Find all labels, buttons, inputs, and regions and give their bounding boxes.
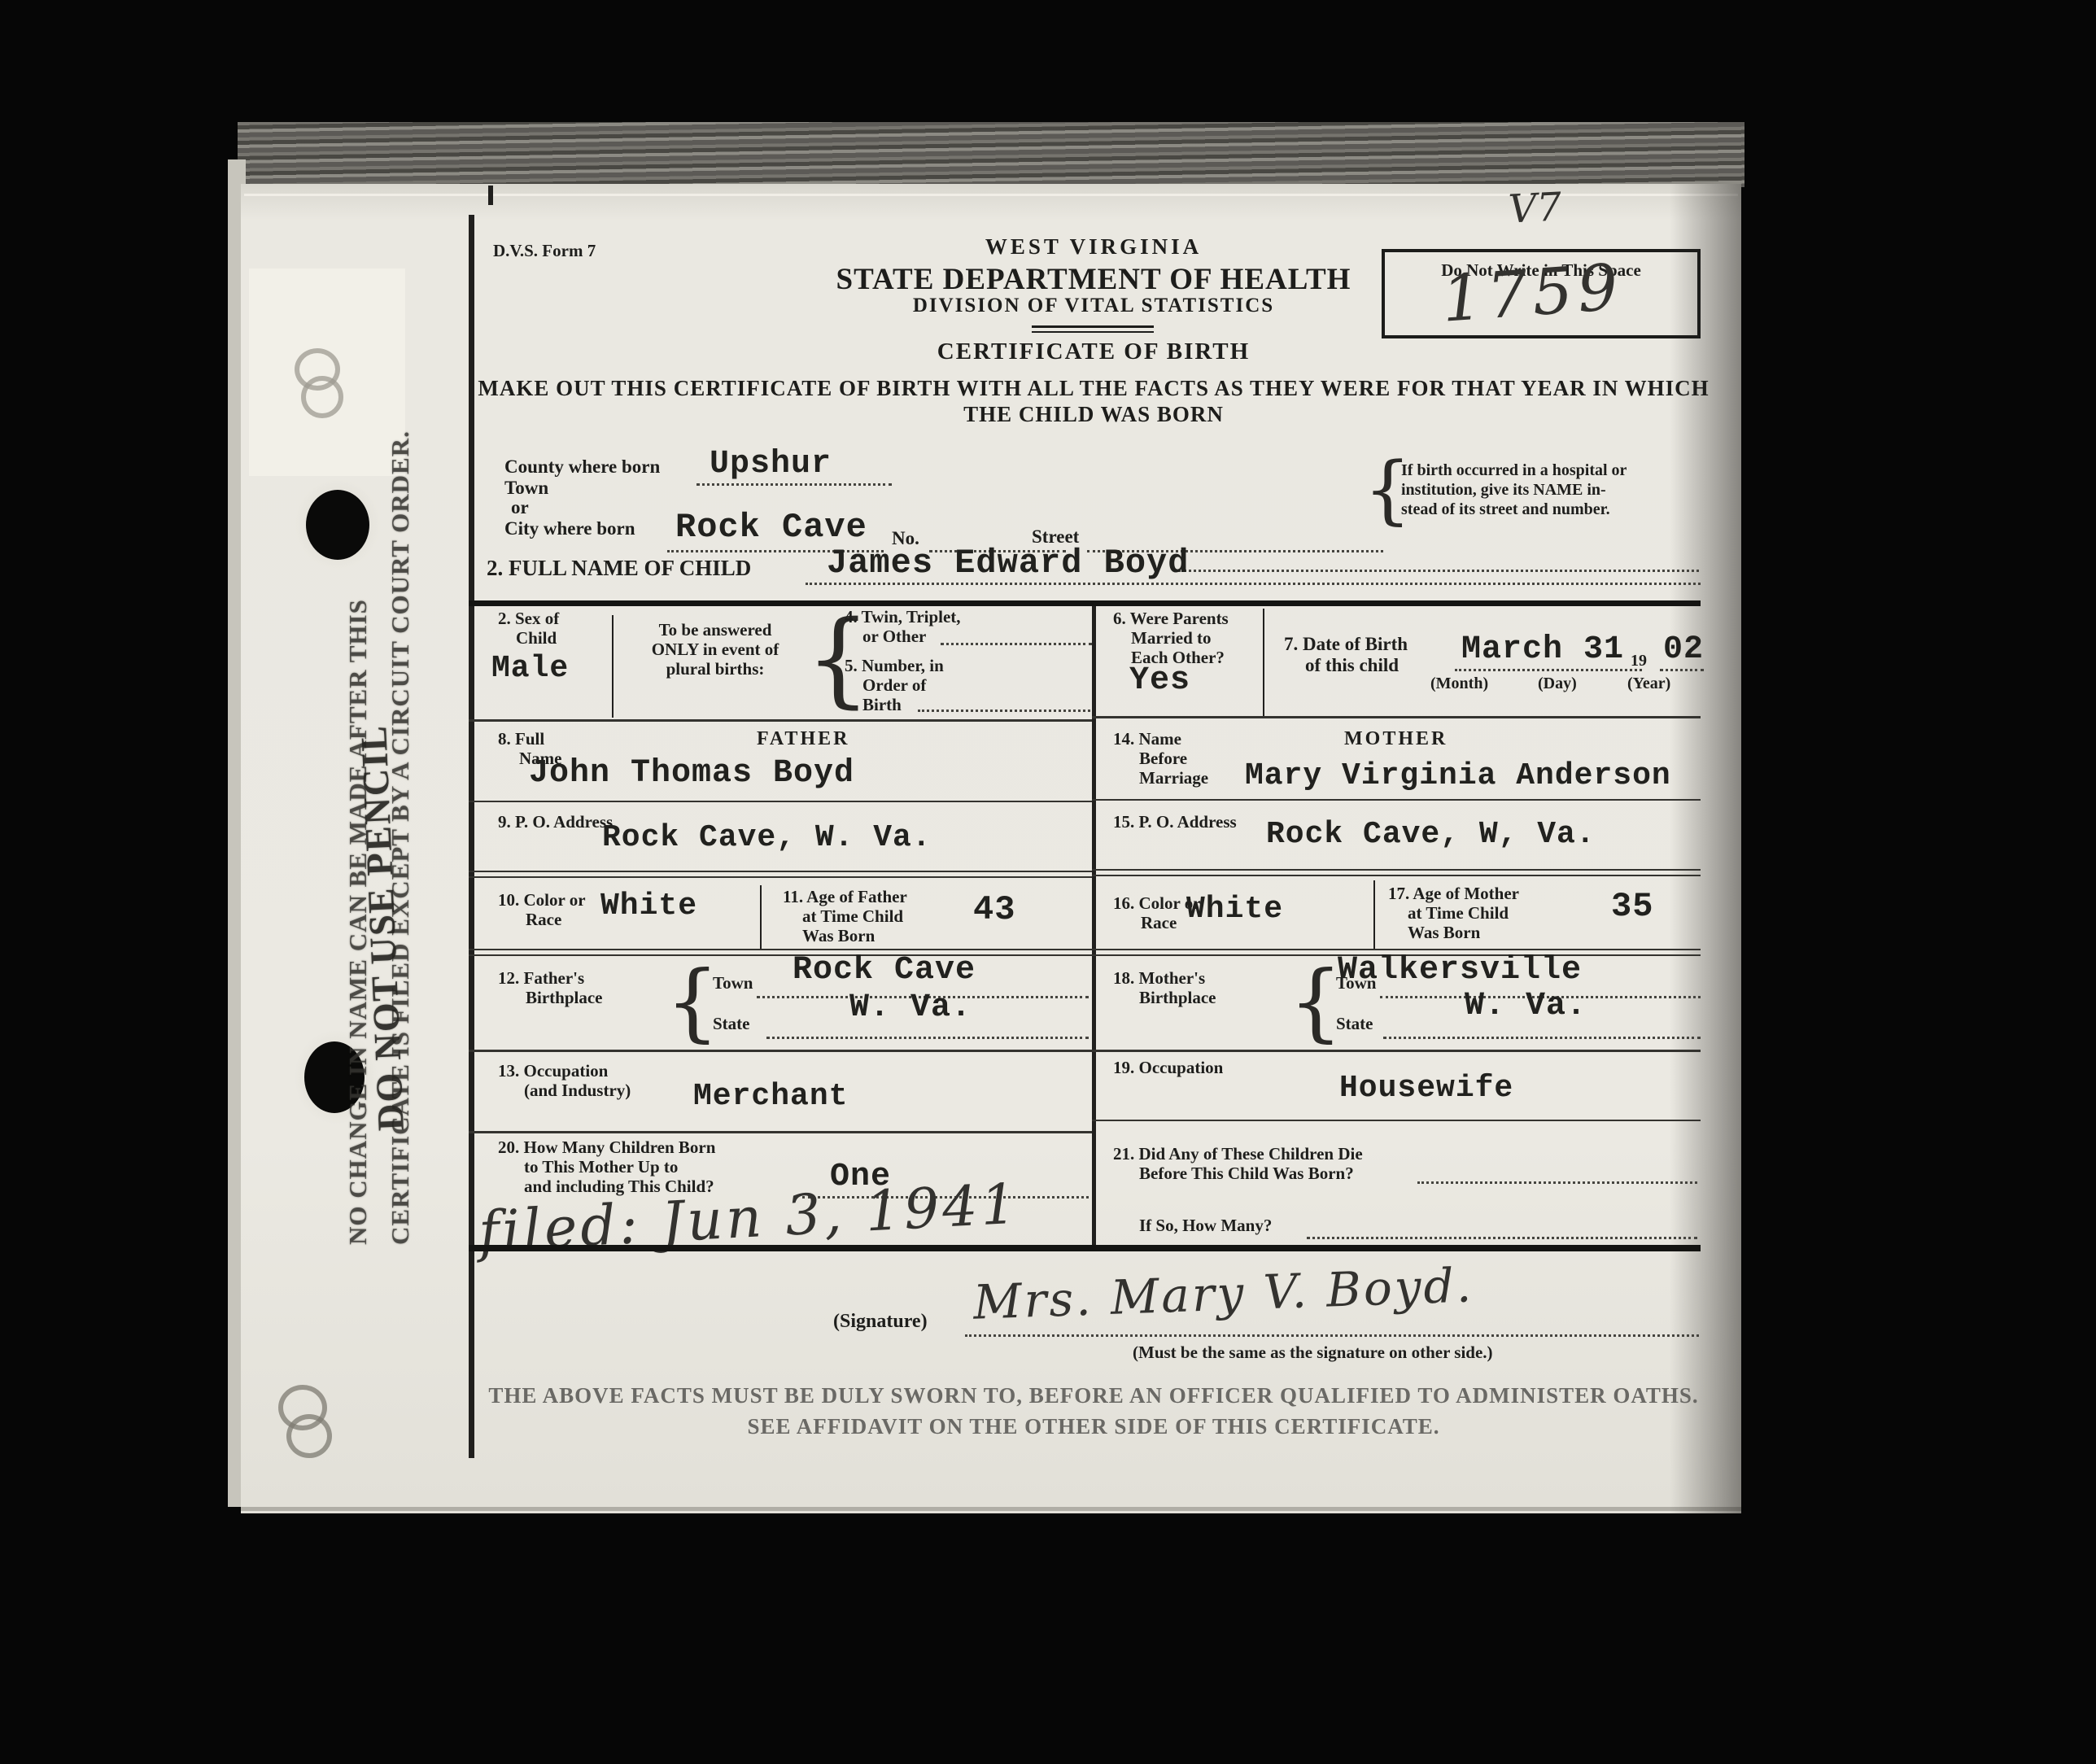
instructions-line2: THE CHILD WAS BORN: [470, 402, 1717, 427]
married-value: Yes: [1129, 662, 1190, 699]
city-label: City where born: [504, 519, 635, 539]
father-state-value: W. Va.: [849, 989, 972, 1026]
dob-year-sublabel: (Year): [1627, 674, 1670, 693]
signature-note: (Must be the same as the signature on ot…: [1133, 1343, 1493, 1362]
ghost-ring-bottom-b: [286, 1414, 332, 1458]
father-race-value: White: [600, 889, 697, 923]
footer-affidavit-line: SEE AFFIDAVIT ON THE OTHER SIDE OF THIS …: [470, 1414, 1717, 1439]
mother-age-value: 35: [1611, 887, 1653, 926]
children-died-label-1: 21. Did Any of These Children Die: [1113, 1144, 1363, 1164]
father-birthplace-label-1: 12. Father's: [498, 968, 584, 988]
certificate-title: CERTIFICATE OF BIRTH: [470, 338, 1717, 365]
row-birthplace-bottom: [469, 1050, 1701, 1052]
city-value: Rock Cave: [675, 508, 867, 547]
father-race-label-2: Race: [526, 910, 561, 929]
dob-line: [1455, 669, 1642, 671]
father-age-label-1: 11. Age of Father: [783, 887, 907, 906]
order-label-1: 5. Number, in: [845, 656, 944, 675]
mother-po-label: 15. P. O. Address: [1113, 812, 1237, 832]
father-town-value: Rock Cave: [793, 952, 976, 989]
children-born-label-1: 20. How Many Children Born: [498, 1137, 715, 1157]
mother-po-line-a: [1092, 869, 1701, 871]
footer-oath-line: THE ABOVE FACTS MUST BE DULY SWORN TO, B…: [470, 1383, 1717, 1408]
dob-label-2: of this child: [1305, 656, 1399, 675]
married-divider: [1263, 609, 1264, 716]
father-occupation-value: Merchant: [693, 1079, 848, 1114]
mother-age-label-3: Was Born: [1408, 923, 1480, 942]
twin-line: [941, 643, 1092, 645]
row-race-bottom-a: [469, 949, 1701, 950]
father-occupation-label-2: (and Industry): [524, 1081, 631, 1100]
mother-birthplace-label-1: 18. Mother's: [1113, 968, 1205, 988]
mother-po-line-b: [1092, 875, 1701, 876]
mother-section-header: MOTHER: [1344, 729, 1448, 749]
signature-label: (Signature): [833, 1312, 928, 1331]
signature-line: [965, 1334, 1699, 1337]
mother-name-label-3: Marriage: [1139, 768, 1208, 788]
father-name-label-1: 8. Full: [498, 729, 544, 749]
dob-month-sublabel: (Month): [1430, 674, 1488, 693]
order-label-2: Order of: [862, 675, 926, 695]
mother-age-divider: [1373, 880, 1375, 949]
grid-center-divider: [1092, 606, 1096, 1248]
mother-state-label: State: [1336, 1014, 1373, 1033]
father-po-label: 9. P. O. Address: [498, 812, 613, 832]
father-birthplace-label-2: Birthplace: [526, 988, 603, 1007]
hospital-note-line3: stead of its street and number.: [1401, 500, 1610, 519]
sex-label-2: Child: [516, 628, 557, 648]
father-birthplace-brace: {: [666, 952, 719, 1051]
mother-age-label-1: 17. Age of Mother: [1388, 884, 1519, 903]
father-occupation-label-1: 13. Occupation: [498, 1061, 608, 1081]
dob-year-line: [1660, 669, 1704, 671]
father-town-label: Town: [713, 973, 753, 993]
county-line: [696, 483, 892, 486]
father-state-line: [766, 1037, 1089, 1039]
header-divider: [1032, 325, 1154, 333]
dob-year: 02: [1663, 631, 1704, 668]
plural-note-2: ONLY in event of: [623, 640, 807, 659]
mother-po-value: Rock Cave, W, Va.: [1266, 817, 1596, 852]
mother-occupation-value: Housewife: [1339, 1071, 1513, 1106]
margin-stamp: NO CHANGE IN NAME CAN BE MADE AFTER THIS…: [337, 570, 431, 1245]
hospital-note-line1: If birth occurred in a hospital or: [1401, 461, 1627, 480]
mother-age-label-2: at Time Child: [1408, 903, 1509, 923]
child-name-label: 2. FULL NAME OF CHILD: [487, 558, 751, 578]
plural-note-1: To be answered: [623, 620, 807, 640]
father-section-header: FATHER: [757, 729, 849, 749]
mother-name-label-2: Before: [1139, 749, 1187, 768]
twin-label-2: or Other: [862, 627, 926, 646]
mother-name-value: Mary Virginia Anderson: [1245, 758, 1671, 793]
mother-town-value: Walkersville: [1338, 952, 1582, 989]
mother-name-label-1: 14. Name: [1113, 729, 1181, 749]
dob-year-prefix: 19: [1631, 651, 1647, 670]
if-so-label: If So, How Many?: [1139, 1216, 1272, 1235]
father-age-value: 43: [973, 890, 1015, 929]
mother-race-label-2: Race: [1141, 913, 1177, 932]
county-value: Upshur: [710, 446, 832, 482]
dob-month-day: March 31: [1461, 631, 1624, 668]
plural-note-3: plural births:: [623, 659, 807, 679]
married-label-1: 6. Were Parents: [1113, 609, 1229, 628]
rule-top-heavy: [469, 600, 1701, 606]
mother-race-value: White: [1186, 892, 1283, 927]
children-died-line: [1417, 1181, 1697, 1184]
dob-label-1: 7. Date of Birth: [1284, 635, 1408, 654]
father-name-line: [469, 801, 1092, 802]
annotation-handwritten: V7: [1508, 184, 1563, 232]
punch-hole-1: [306, 490, 369, 560]
children-died-label-2: Before This Child Was Born?: [1139, 1164, 1354, 1183]
county-label: County where born: [504, 457, 660, 477]
children-born-label-2: to This Mother Up to: [524, 1157, 678, 1177]
child-name-line: [806, 583, 1701, 585]
order-label-3: Birth: [862, 695, 902, 714]
father-name-value: John Thomas Boyd: [529, 755, 854, 792]
hospital-note-line: [1178, 570, 1699, 572]
mother-occupation-label: 19. Occupation: [1113, 1058, 1223, 1077]
sex-value: Male: [491, 651, 569, 686]
mother-birthplace-brace: {: [1289, 952, 1343, 1051]
rule-bottom-heavy: [469, 1245, 1701, 1251]
dob-day-sublabel: (Day): [1538, 674, 1577, 693]
town-label: Town: [504, 478, 548, 498]
child-name-value: James Edward Boyd: [827, 544, 1189, 583]
paper-bottom-edge: [241, 1507, 1741, 1511]
mother-name-line: [1092, 799, 1701, 801]
certificate-number-handwritten: 1759: [1439, 251, 1625, 336]
sex-divider: [612, 615, 614, 718]
father-race-label-1: 10. Color or: [498, 890, 586, 910]
mother-birthplace-label-2: Birthplace: [1139, 988, 1216, 1007]
scanned-birth-certificate: NO CHANGE IN NAME CAN BE MADE AFTER THIS…: [0, 0, 2096, 1764]
row-occupation-bottom-left: [469, 1131, 1092, 1133]
married-label-2: Married to: [1131, 628, 1212, 648]
order-line: [918, 710, 1090, 712]
hospital-note-line2: institution, give its NAME in-: [1401, 480, 1606, 500]
father-po-value: Rock Cave, W. Va.: [602, 820, 932, 855]
mother-state-value: W. Va.: [1465, 988, 1587, 1024]
page-stack-edge: [238, 122, 1744, 187]
father-po-line-a: [469, 871, 1092, 872]
father-state-label: State: [713, 1014, 750, 1033]
row-occupation-bottom-right: [1092, 1120, 1701, 1121]
border-tick: [488, 186, 493, 205]
row-married-bottom: [1092, 716, 1701, 718]
row-sex-bottom: [469, 719, 1092, 722]
father-age-label-2: at Time Child: [802, 906, 903, 926]
mother-state-line: [1383, 1037, 1701, 1039]
twin-label-1: 4. Twin, Triplet,: [845, 607, 961, 627]
ghost-ring-top-b: [301, 376, 343, 418]
father-age-label-3: Was Born: [802, 926, 875, 945]
father-age-divider: [760, 885, 762, 949]
father-po-line-b: [469, 876, 1092, 878]
sex-label-1: 2. Sex of: [498, 609, 559, 628]
instructions-line1: MAKE OUT THIS CERTIFICATE OF BIRTH WITH …: [470, 376, 1717, 401]
if-so-line: [1307, 1237, 1697, 1239]
or-label: or: [511, 498, 529, 517]
